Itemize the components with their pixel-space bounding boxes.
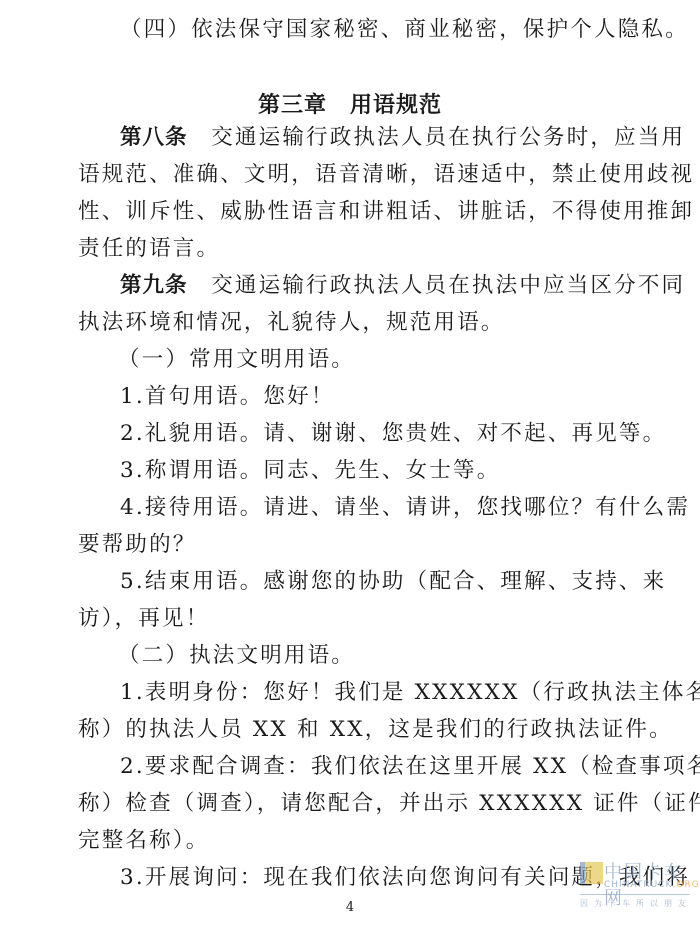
watermark-divider — [580, 894, 690, 895]
section2-heading: （二）执法文明用语。 — [118, 642, 663, 670]
top-line: （四）依法保守国家秘密、商业秘密，保护个人隐私。 — [120, 16, 665, 44]
section1-heading: （一）常用文明用语。 — [118, 346, 663, 374]
watermark-logo-icon — [580, 862, 603, 884]
section1-item: 2.礼貌用语。请、谢谢、您贵姓、对不起、再见等。 — [120, 420, 665, 448]
watermark-en-text: CHINATRUCK — [604, 880, 672, 890]
section1-item: 4.接待用语。请进、请坐、请讲，您找哪位？有什么需 — [120, 494, 665, 522]
section2-item: 完整名称）。 — [78, 827, 623, 855]
section2-item: 称）的执法人员 XX 和 XX，这是我们的行政执法证件。 — [78, 716, 623, 744]
article8-line-3: 性、训斥性、威胁性语言和讲粗话、讲脏话，不得使用推卸 — [78, 198, 623, 226]
section1-item: 5.结束用语。感谢您的协助（配合、理解、支持、来 — [120, 568, 665, 596]
chapter-title: 第三章 用语规范 — [0, 88, 700, 119]
article8-line-2: 语规范、准确、文明，语音清晰，语速适中，禁止使用歧视 — [78, 161, 623, 189]
article8-label: 第八条 — [120, 125, 188, 150]
watermark-slogan: 因为卡车所以朋友 — [580, 898, 692, 909]
article8-line-1: 第八条 交通运输行政执法人员在执行公务时，应当用 — [120, 124, 665, 152]
watermark-en: CHINATRUCK.ORG — [604, 880, 700, 890]
section2-item: 称）检查（调查），请您配合，并出示 XXXXXX 证件（证件 — [78, 790, 623, 818]
article9-text: 交通运输行政执法人员在执法中应当区分不同 — [211, 273, 685, 298]
section1-item: 要帮助的？ — [78, 531, 623, 559]
article8-line-4: 责任的语言。 — [78, 235, 623, 263]
watermark: 中国卡车网 CHINATRUCK.ORG 因为卡车所以朋友 — [580, 858, 700, 918]
article9-label: 第九条 — [120, 273, 188, 298]
article9-line-1: 第九条 交通运输行政执法人员在执法中应当区分不同 — [120, 272, 665, 300]
watermark-org: .ORG — [672, 880, 699, 890]
article8-text: 交通运输行政执法人员在执行公务时，应当用 — [211, 125, 685, 150]
section2-item: 1.表明身份：您好！我们是 XXXXXX（行政执法主体名 — [120, 679, 665, 707]
section1-item: 3.称谓用语。同志、先生、女士等。 — [120, 457, 665, 485]
section1-item: 1.首句用语。您好！ — [120, 383, 665, 411]
section1-item: 访），再见！ — [78, 605, 623, 633]
article9-line-2: 执法环境和情况，礼貌待人，规范用语。 — [78, 309, 623, 337]
section2-item: 2.要求配合调查：我们依法在这里开展 XX（检查事项名 — [120, 753, 665, 781]
